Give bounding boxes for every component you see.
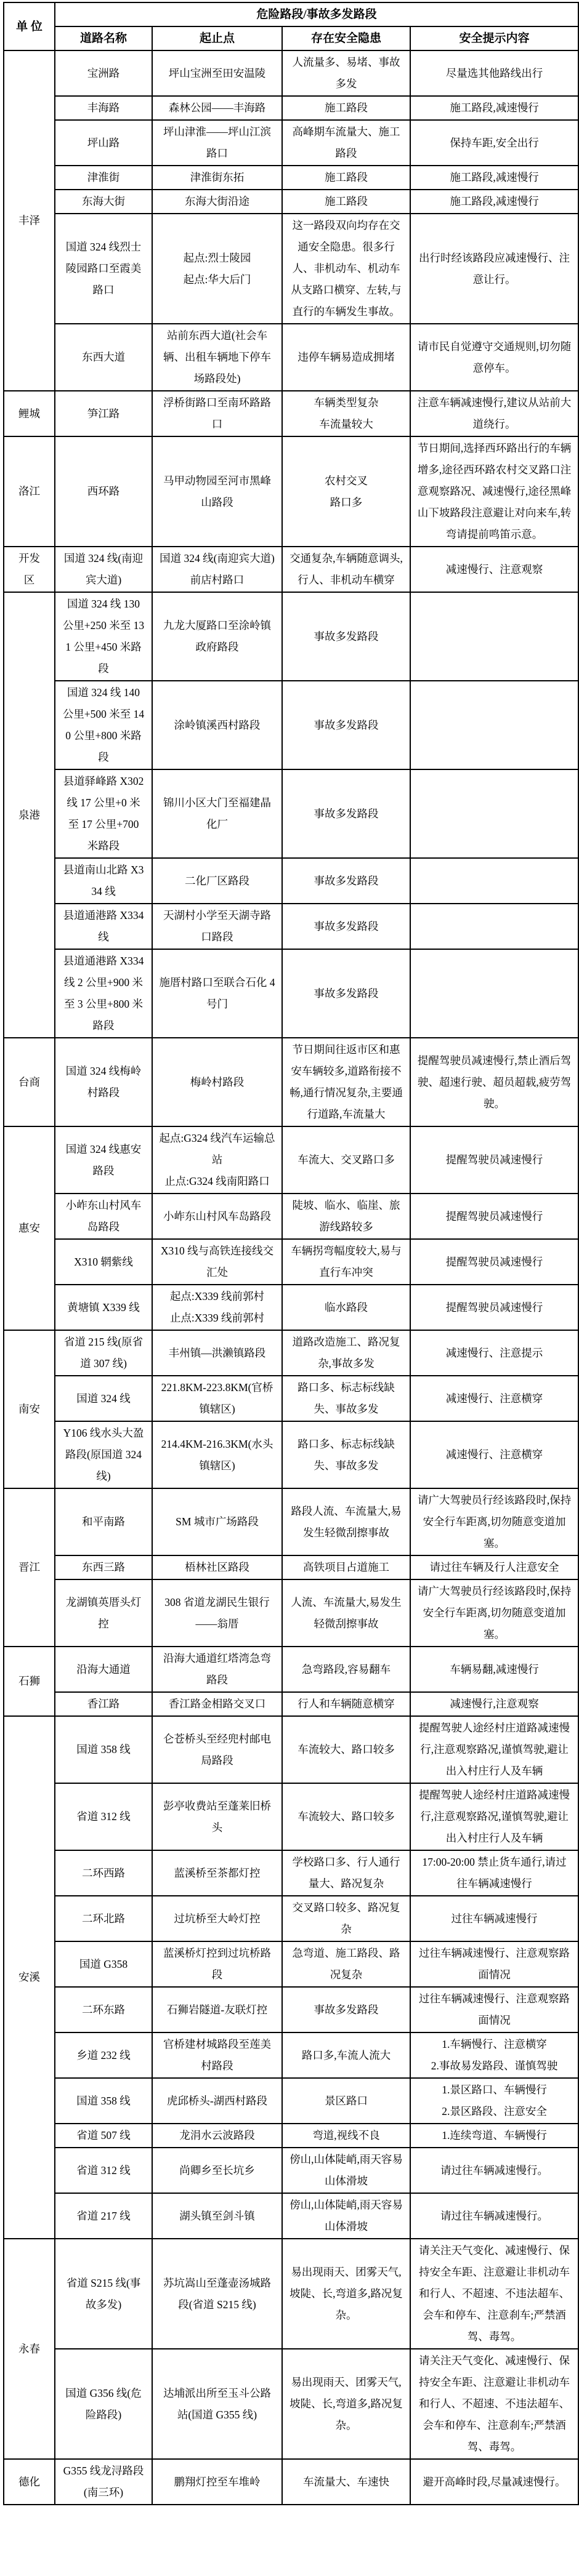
table-row: 石狮沿海大通道沿海大通道红塔湾急弯路段急弯路段,容易翻车车辆易翻,减速慢行 bbox=[4, 1647, 578, 1692]
table-row: 开发区国道 324 线(南迎宾大道)国道 324 线(南迎宾大道)前店村路口交通… bbox=[4, 547, 578, 592]
hazard-cell: 路口多、标志标线缺失、事故多发 bbox=[282, 1376, 410, 1421]
table-row: 安溪国道 358 线仑苍桥头至经兜村邮电局路段车流较大、路口较多提醒驾驶人途经村… bbox=[4, 1716, 578, 1783]
hazard-cell: 路口多,车流人流大 bbox=[282, 2032, 410, 2078]
table-row: 省道 507 线龙涓水云波路段弯道,视线不良1.连续弯道、车辆慢行 bbox=[4, 2124, 578, 2148]
start-end-cell: 蓝溪桥至茶都灯控 bbox=[152, 1850, 282, 1896]
road-name-cell: X310 辋紫线 bbox=[55, 1239, 152, 1285]
safety-tip-cell: 1.连续弯道、车辆慢行 bbox=[410, 2124, 578, 2148]
start-end-cell: 石狮岩隧道-友联灯控 bbox=[152, 1987, 282, 2032]
hazard-cell: 交通复杂,车辆随意调头,行人、非机动车横穿 bbox=[282, 547, 410, 592]
start-end-cell: 仑苍桥头至经兜村邮电局路段 bbox=[152, 1716, 282, 1783]
road-name-cell: 省道 S215 线(事故多发) bbox=[55, 2239, 152, 2349]
hazard-cell: 事故多发路段 bbox=[282, 592, 410, 681]
table-row: 洛江西环路马甲动物园至河市黑峰山路段农村交叉 路口多节日期间,选择西环路出行的车… bbox=[4, 436, 578, 547]
start-end-cell: 官桥建材城路段至莲美村路段 bbox=[152, 2032, 282, 2078]
table-row: 县道驿峰路 X302 线 17 公里+0 米至 17 公里+700 米路段锦川小… bbox=[4, 769, 578, 858]
unit-cell: 丰泽 bbox=[4, 50, 55, 391]
hazard-cell: 高铁项目占道施工 bbox=[282, 1555, 410, 1579]
road-name-cell: 国道 324 线 130 公里+250 米至 131 公里+450 米路段 bbox=[55, 592, 152, 681]
start-end-cell: SM 城市广场路段 bbox=[152, 1488, 282, 1555]
safety-tip-cell: 出行时经该路段应减速慢行、注意让行。 bbox=[410, 214, 578, 324]
table-row: 二环西路蓝溪桥至茶都灯控学校路口多、行人通行量大、路况复杂17:00-20:00… bbox=[4, 1850, 578, 1896]
start-end-cell: X310 线与高铁连接线交汇处 bbox=[152, 1239, 282, 1285]
road-name-cell: 小岞东山村风车岛路段 bbox=[55, 1194, 152, 1239]
hazard-cell: 弯道,视线不良 bbox=[282, 2124, 410, 2148]
road-name-cell: 省道 312 线 bbox=[55, 2148, 152, 2193]
hazard-cell: 车辆拐弯幅度较大,易与直行车冲突 bbox=[282, 1239, 410, 1285]
table-row: 丰海路森林公园——丰海路施工路段施工路段,减速慢行 bbox=[4, 96, 578, 120]
hazard-cell: 高峰期车流量大、施工路段 bbox=[282, 120, 410, 166]
safety-tip-cell: 请广大驾驶员行经该路段时,保持安全行车距离,切勿随意变道加塞。 bbox=[410, 1579, 578, 1647]
safety-tip-cell: 请市民自觉遵守交通规则,切勿随意停车。 bbox=[410, 324, 578, 391]
header-road-name: 道路名称 bbox=[55, 26, 152, 50]
hazard-cell: 事故多发路段 bbox=[282, 769, 410, 858]
start-end-cell: 鹏翔灯控至车堆岭 bbox=[152, 2459, 282, 2505]
road-name-cell: 国道 324 线惠安路段 bbox=[55, 1126, 152, 1194]
table-row: 国道 G358蓝溪桥灯控到过坑桥路段急弯道、施工路段、路况复杂过往车辆减速慢行、… bbox=[4, 1941, 578, 1987]
hazard-cell: 事故多发路段 bbox=[282, 904, 410, 949]
road-name-cell: 二环东路 bbox=[55, 1987, 152, 2032]
start-end-cell: 虎邱桥头-湖西村路段 bbox=[152, 2078, 282, 2124]
start-end-cell: 沿海大通道红塔湾急弯路段 bbox=[152, 1647, 282, 1692]
safety-tip-cell: 过往车辆减速慢行、注意观察路面情况 bbox=[410, 1941, 578, 1987]
safety-tip-cell: 提醒驾驶人途经村庄道路减速慢行,注意观察路况,谨慎驾驶,避让出入村庄行人及车辆 bbox=[410, 1783, 578, 1850]
road-name-cell: 省道 507 线 bbox=[55, 2124, 152, 2148]
start-end-cell: 起点:G324 线汽车运输总站 止点:G324 线南阳路口 bbox=[152, 1126, 282, 1194]
start-end-cell: 坪山津淮——坪山江滨路口 bbox=[152, 120, 282, 166]
safety-tip-cell: 减速慢行、注意观察 bbox=[410, 547, 578, 592]
start-end-cell: 蓝溪桥灯控到过坑桥路段 bbox=[152, 1941, 282, 1987]
safety-tip-cell: 保持车距,安全出行 bbox=[410, 120, 578, 166]
table-row: 德化G355 线龙浔路段(南三环)鹏翔灯控至车堆岭车流量大、车速快避开高峰时段,… bbox=[4, 2459, 578, 2505]
safety-tip-cell: 提醒驾驶员减速慢行 bbox=[410, 1285, 578, 1330]
start-end-cell: 浮桥街路口至南环路路口 bbox=[152, 391, 282, 436]
hazard-cell: 陡坡、临水、临崖、旅游线路较多 bbox=[282, 1194, 410, 1239]
safety-tip-cell: 请关注天气变化、减速慢行、保持安全车距、注意避让非机动车和行人、不超速、不违法超… bbox=[410, 2349, 578, 2459]
safety-tip-cell: 减速慢行、注意提示 bbox=[410, 1330, 578, 1376]
start-end-cell: 龙涓水云波路段 bbox=[152, 2124, 282, 2148]
table-row: 乡道 232 线官桥建材城路段至莲美村路段路口多,车流人流大1.车辆慢行、注意横… bbox=[4, 2032, 578, 2078]
start-end-cell: 香江路金相路交叉口 bbox=[152, 1692, 282, 1716]
hazard-cell: 违停车辆易造成拥堵 bbox=[282, 324, 410, 391]
hazard-cell: 车辆类型复杂 车流量较大 bbox=[282, 391, 410, 436]
road-name-cell: 国道 358 线 bbox=[55, 1716, 152, 1783]
road-name-cell: 国道 324 线梅岭村路段 bbox=[55, 1038, 152, 1126]
start-end-cell: 九龙大厦路口至涂岭镇政府路段 bbox=[152, 592, 282, 681]
hazard-cell: 行人和车辆随意横穿 bbox=[282, 1692, 410, 1716]
table-row: Y106 线水头大盈路段(原国道 324 线)214.4KM-216.3KM(水… bbox=[4, 1421, 578, 1488]
road-name-cell: 省道 217 线 bbox=[55, 2193, 152, 2239]
road-name-cell: 省道 215 线(原省道 307 线) bbox=[55, 1330, 152, 1376]
road-name-cell: 县道通港路 X334 线 bbox=[55, 904, 152, 949]
hazard-cell: 车流较大、路口较多 bbox=[282, 1716, 410, 1783]
table-row: 国道 358 线虎邱桥头-湖西村路段景区路口1.景区路口、车辆慢行 2.景区路段… bbox=[4, 2078, 578, 2124]
safety-tip-cell: 注意车辆减速慢行,建议从站前大道绕行。 bbox=[410, 391, 578, 436]
safety-tip-cell: 减速慢行、注意横穿 bbox=[410, 1376, 578, 1421]
table-row: 台商国道 324 线梅岭村路段梅岭村路段节日期间往返市区和惠安车辆较多,道路衔接… bbox=[4, 1038, 578, 1126]
header-danger-sections: 危险路段/事故多发路段 bbox=[55, 2, 578, 26]
safety-tip-cell: 提醒驾驶人途经村庄道路减速慢行,注意观察路况,谨慎驾驶,避让出入村庄行人及车辆 bbox=[410, 1716, 578, 1783]
start-end-cell: 东海大街沿途 bbox=[152, 190, 282, 214]
table-row: 晋江和平南路SM 城市广场路段路段人流、车流量大,易发生轻微刮擦事故请广大驾驶员… bbox=[4, 1488, 578, 1555]
hazard-cell: 事故多发路段 bbox=[282, 949, 410, 1038]
start-end-cell: 梅岭村路段 bbox=[152, 1038, 282, 1126]
table-row: 国道 324 线烈士陵园路口至霞美路口起点:烈士陵园 起点:华大后门这一路段双向… bbox=[4, 214, 578, 324]
start-end-cell: 起点:烈士陵园 起点:华大后门 bbox=[152, 214, 282, 324]
road-name-cell: 县道驿峰路 X302 线 17 公里+0 米至 17 公里+700 米路段 bbox=[55, 769, 152, 858]
hazard-cell: 施工路段 bbox=[282, 190, 410, 214]
start-end-cell: 马甲动物园至河市黑峰山路段 bbox=[152, 436, 282, 547]
hazard-cell: 傍山,山体陡峭,雨天容易山体滑坡 bbox=[282, 2148, 410, 2193]
table-row: 县道南山北路 X334 线二化厂区路段事故多发路段 bbox=[4, 858, 578, 904]
road-name-cell: 东西大道 bbox=[55, 324, 152, 391]
hazard-cell: 施工路段 bbox=[282, 166, 410, 190]
road-name-cell: 国道 G358 bbox=[55, 1941, 152, 1987]
table-row: 国道 G356 线(危险路段)达埔派出所至玉斗公路站(国道 G355 线)易出现… bbox=[4, 2349, 578, 2459]
header-safety-hazard: 存在安全隐患 bbox=[282, 26, 410, 50]
hazard-cell: 临水路段 bbox=[282, 1285, 410, 1330]
table-row: 国道 324 线221.8KM-223.8KM(官桥镇辖区)路口多、标志标线缺失… bbox=[4, 1376, 578, 1421]
unit-cell: 德化 bbox=[4, 2459, 55, 2505]
hazard-cell: 学校路口多、行人通行量大、路况复杂 bbox=[282, 1850, 410, 1896]
table-row: X310 辋紫线X310 线与高铁连接线交汇处车辆拐弯幅度较大,易与直行车冲突提… bbox=[4, 1239, 578, 1285]
safety-tip-cell: 请关注天气变化、减速慢行、保持安全车距、注意避让非机动车和行人、不超速、不违法超… bbox=[410, 2239, 578, 2349]
hazard-cell: 节日期间往返市区和惠安车辆较多,道路衔接不畅,通行情况复杂,主要通行道路,车流量… bbox=[282, 1038, 410, 1126]
road-name-cell: 宝洲路 bbox=[55, 50, 152, 96]
table-row: 惠安国道 324 线惠安路段起点:G324 线汽车运输总站 止点:G324 线南… bbox=[4, 1126, 578, 1194]
document-page: 单 位 危险路段/事故多发路段 道路名称 起止点 存在安全隐患 安全提示内容 丰… bbox=[0, 0, 579, 2576]
road-name-cell: 丰海路 bbox=[55, 96, 152, 120]
hazard-cell: 急弯路段,容易翻车 bbox=[282, 1647, 410, 1692]
hazard-cell: 路口多、标志标线缺失、事故多发 bbox=[282, 1421, 410, 1488]
road-name-cell: 国道 324 线(南迎宾大道) bbox=[55, 547, 152, 592]
hazard-cell: 车流较大、路口较多 bbox=[282, 1783, 410, 1850]
road-name-cell: 二环北路 bbox=[55, 1896, 152, 1941]
hazard-cell: 路段人流、车流量大,易发生轻微刮擦事故 bbox=[282, 1488, 410, 1555]
unit-cell: 洛江 bbox=[4, 436, 55, 547]
hazard-cell: 人流、车流量大,易发生轻微刮擦事故 bbox=[282, 1579, 410, 1647]
road-name-cell: 国道 358 线 bbox=[55, 2078, 152, 2124]
start-end-cell: 苏坑嵩山至蓬壶汤城路段(省道 S215 线) bbox=[152, 2239, 282, 2349]
header-start-end: 起止点 bbox=[152, 26, 282, 50]
safety-tip-cell bbox=[410, 904, 578, 949]
safety-tip-cell: 施工路段,减速慢行 bbox=[410, 190, 578, 214]
start-end-cell: 尚卿乡至长坑乡 bbox=[152, 2148, 282, 2193]
road-name-cell: 乡道 232 线 bbox=[55, 2032, 152, 2078]
table-row: 津淮街津淮街东拓施工路段施工路段,减速慢行 bbox=[4, 166, 578, 190]
road-name-cell: 和平南路 bbox=[55, 1488, 152, 1555]
road-name-cell: 县道通港路 X334 线 2 公里+900 米至 3 公里+800 米路段 bbox=[55, 949, 152, 1038]
table-row: 东西大道站前东西大道(社会车辆、出租车辆地下停车场路段处)违停车辆易造成拥堵请市… bbox=[4, 324, 578, 391]
safety-tip-cell bbox=[410, 769, 578, 858]
table-row: 永春省道 S215 线(事故多发)苏坑嵩山至蓬壶汤城路段(省道 S215 线)易… bbox=[4, 2239, 578, 2349]
table-row: 龙湖镇英厝头灯控308 省道龙湖民生银行——翁厝人流、车流量大,易发生轻微刮擦事… bbox=[4, 1579, 578, 1647]
road-name-cell: 国道 G356 线(危险路段) bbox=[55, 2349, 152, 2459]
hazard-cell: 急弯道、施工路段、路况复杂 bbox=[282, 1941, 410, 1987]
unit-cell: 鲤城 bbox=[4, 391, 55, 436]
table-row: 县道通港路 X334 线天湖村小学至天湖寺路口路段事故多发路段 bbox=[4, 904, 578, 949]
hazard-cell: 易出现雨天、团雾天气,坡陡、长,弯道多,路况复杂。 bbox=[282, 2349, 410, 2459]
table-row: 国道 324 线 140 公里+500 米至 140 公里+800 米路段涂岭镇… bbox=[4, 681, 578, 769]
unit-cell: 台商 bbox=[4, 1038, 55, 1126]
road-name-cell: 省道 312 线 bbox=[55, 1783, 152, 1850]
dangerous-road-sections-table: 单 位 危险路段/事故多发路段 道路名称 起止点 存在安全隐患 安全提示内容 丰… bbox=[3, 2, 579, 2505]
table-row: 省道 217 线湖头镇至剑斗镇傍山,山体陡峭,雨天容易山体滑坡请过往车辆减速慢行… bbox=[4, 2193, 578, 2239]
start-end-cell: 起点:X339 线前郭村 止点:X339 线前郭村 bbox=[152, 1285, 282, 1330]
road-name-cell: 东西三路 bbox=[55, 1555, 152, 1579]
hazard-cell: 这一路段双向均存在交通安全隐患。很多行人、非机动车、机动车从支路口横穿、左转,与… bbox=[282, 214, 410, 324]
table-body: 丰泽宝洲路坪山宝洲至田安温陵人流量多、易堵、事故多发尽量选其他路线出行丰海路森林… bbox=[4, 50, 578, 2505]
table-row: 东海大街东海大街沿途施工路段施工路段,减速慢行 bbox=[4, 190, 578, 214]
road-name-cell: 沿海大通道 bbox=[55, 1647, 152, 1692]
unit-cell: 南安 bbox=[4, 1330, 55, 1488]
safety-tip-cell: 提醒驾驶员减速慢行,禁止酒后驾驶、超速行驶、超员超载,疲劳驾驶。 bbox=[410, 1038, 578, 1126]
safety-tip-cell: 减速慢行,注意观察 bbox=[410, 1692, 578, 1716]
hazard-cell: 车流量大、车速快 bbox=[282, 2459, 410, 2505]
safety-tip-cell: 避开高峰时段,尽量减速慢行。 bbox=[410, 2459, 578, 2505]
header-row-sub: 道路名称 起止点 存在安全隐患 安全提示内容 bbox=[4, 26, 578, 50]
start-end-cell: 丰州镇—洪濑镇路段 bbox=[152, 1330, 282, 1376]
header-row-main: 单 位 危险路段/事故多发路段 bbox=[4, 2, 578, 26]
road-name-cell: 香江路 bbox=[55, 1692, 152, 1716]
hazard-cell: 交叉路口较多、路况复杂 bbox=[282, 1896, 410, 1941]
start-end-cell: 梧林社区路段 bbox=[152, 1555, 282, 1579]
table-row: 香江路香江路金相路交叉口行人和车辆随意横穿减速慢行,注意观察 bbox=[4, 1692, 578, 1716]
table-row: 省道 312 线尚卿乡至长坑乡傍山,山体陡峭,雨天容易山体滑坡请过往车辆减速慢行… bbox=[4, 2148, 578, 2193]
road-name-cell: 黄塘镇 X339 线 bbox=[55, 1285, 152, 1330]
road-name-cell: 龙湖镇英厝头灯控 bbox=[55, 1579, 152, 1647]
safety-tip-cell bbox=[410, 949, 578, 1038]
start-end-cell: 国道 324 线(南迎宾大道)前店村路口 bbox=[152, 547, 282, 592]
start-end-cell: 站前东西大道(社会车辆、出租车辆地下停车场路段处) bbox=[152, 324, 282, 391]
hazard-cell: 施工路段 bbox=[282, 96, 410, 120]
road-name-cell: 国道 324 线 bbox=[55, 1376, 152, 1421]
road-name-cell: 东海大街 bbox=[55, 190, 152, 214]
safety-tip-cell: 1.景区路口、车辆慢行 2.景区路段、注意安全 bbox=[410, 2078, 578, 2124]
header-unit: 单 位 bbox=[4, 2, 55, 50]
road-name-cell: 国道 324 线烈士陵园路口至霞美路口 bbox=[55, 214, 152, 324]
table-row: 鲤城笋江路浮桥街路口至南环路路口车辆类型复杂 车流量较大注意车辆减速慢行,建议从… bbox=[4, 391, 578, 436]
road-name-cell: G355 线龙浔路段(南三环) bbox=[55, 2459, 152, 2505]
safety-tip-cell: 节日期间,选择西环路出行的车辆增多,途径西环路农村交叉路口注意观察路况、减速慢行… bbox=[410, 436, 578, 547]
road-name-cell: 国道 324 线 140 公里+500 米至 140 公里+800 米路段 bbox=[55, 681, 152, 769]
safety-tip-cell: 请过往车辆及行人注意安全 bbox=[410, 1555, 578, 1579]
road-name-cell: 津淮街 bbox=[55, 166, 152, 190]
table-row: 东西三路梧林社区路段高铁项目占道施工请过往车辆及行人注意安全 bbox=[4, 1555, 578, 1579]
start-end-cell: 涂岭镇溪西村路段 bbox=[152, 681, 282, 769]
table-row: 小岞东山村风车岛路段小岞东山村风车岛路段陡坡、临水、临崖、旅游线路较多提醒驾驶员… bbox=[4, 1194, 578, 1239]
safety-tip-cell: 减速慢行、注意横穿 bbox=[410, 1421, 578, 1488]
safety-tip-cell: 请过往车辆减速慢行。 bbox=[410, 2148, 578, 2193]
start-end-cell: 二化厂区路段 bbox=[152, 858, 282, 904]
safety-tip-cell: 请过往车辆减速慢行。 bbox=[410, 2193, 578, 2239]
safety-tip-cell: 提醒驾驶员减速慢行 bbox=[410, 1239, 578, 1285]
hazard-cell: 事故多发路段 bbox=[282, 681, 410, 769]
start-end-cell: 天湖村小学至天湖寺路口路段 bbox=[152, 904, 282, 949]
unit-cell: 惠安 bbox=[4, 1126, 55, 1330]
hazard-cell: 人流量多、易堵、事故多发 bbox=[282, 50, 410, 96]
table-row: 丰泽宝洲路坪山宝洲至田安温陵人流量多、易堵、事故多发尽量选其他路线出行 bbox=[4, 50, 578, 96]
hazard-cell: 景区路口 bbox=[282, 2078, 410, 2124]
safety-tip-cell: 17:00-20:00 禁止货车通行,请过往车辆减速慢行 bbox=[410, 1850, 578, 1896]
safety-tip-cell bbox=[410, 681, 578, 769]
unit-cell: 石狮 bbox=[4, 1647, 55, 1716]
start-end-cell: 坪山宝洲至田安温陵 bbox=[152, 50, 282, 96]
hazard-cell: 事故多发路段 bbox=[282, 858, 410, 904]
start-end-cell: 达埔派出所至玉斗公路站(国道 G355 线) bbox=[152, 2349, 282, 2459]
road-name-cell: 西环路 bbox=[55, 436, 152, 547]
unit-cell: 开发区 bbox=[4, 547, 55, 592]
safety-tip-cell: 请广大驾驶员行经该路段时,保持安全行车距离,切勿随意变道加塞。 bbox=[410, 1488, 578, 1555]
road-name-cell: 二环西路 bbox=[55, 1850, 152, 1896]
start-end-cell: 津淮街东拓 bbox=[152, 166, 282, 190]
safety-tip-cell: 1.车辆慢行、注意横穿 2.事故易发路段、谨慎驾驶 bbox=[410, 2032, 578, 2078]
start-end-cell: 森林公园——丰海路 bbox=[152, 96, 282, 120]
start-end-cell: 过坑桥至大岭灯控 bbox=[152, 1896, 282, 1941]
hazard-cell: 傍山,山体陡峭,雨天容易山体滑坡 bbox=[282, 2193, 410, 2239]
start-end-cell: 小岞东山村风车岛路段 bbox=[152, 1194, 282, 1239]
safety-tip-cell: 车辆易翻,减速慢行 bbox=[410, 1647, 578, 1692]
start-end-cell: 湖头镇至剑斗镇 bbox=[152, 2193, 282, 2239]
table-row: 南安省道 215 线(原省道 307 线)丰州镇—洪濑镇路段道路改造施工、路况复… bbox=[4, 1330, 578, 1376]
unit-cell: 泉港 bbox=[4, 592, 55, 1038]
hazard-cell: 事故多发路段 bbox=[282, 1987, 410, 2032]
table-row: 县道通港路 X334 线 2 公里+900 米至 3 公里+800 米路段施厝村… bbox=[4, 949, 578, 1038]
hazard-cell: 易出现雨天、团雾天气,坡陡、长,弯道多,路况复杂。 bbox=[282, 2239, 410, 2349]
safety-tip-cell: 施工路段,减速慢行 bbox=[410, 166, 578, 190]
safety-tip-cell: 提醒驾驶员减速慢行 bbox=[410, 1194, 578, 1239]
safety-tip-cell bbox=[410, 592, 578, 681]
table-row: 二环东路石狮岩隧道-友联灯控事故多发路段过往车辆减速慢行、注意观察路面情况 bbox=[4, 1987, 578, 2032]
start-end-cell: 锦川小区大门至福建晶化厂 bbox=[152, 769, 282, 858]
unit-cell: 永春 bbox=[4, 2239, 55, 2459]
table-row: 泉港国道 324 线 130 公里+250 米至 131 公里+450 米路段九… bbox=[4, 592, 578, 681]
header-safety-tip: 安全提示内容 bbox=[410, 26, 578, 50]
table-row: 坪山路坪山津淮——坪山江滨路口高峰期车流量大、施工路段保持车距,安全出行 bbox=[4, 120, 578, 166]
safety-tip-cell: 提醒驾驶员减速慢行 bbox=[410, 1126, 578, 1194]
start-end-cell: 施厝村路口至联合石化 4 号门 bbox=[152, 949, 282, 1038]
start-end-cell: 308 省道龙湖民生银行——翁厝 bbox=[152, 1579, 282, 1647]
hazard-cell: 道路改造施工、路况复杂,事故多发 bbox=[282, 1330, 410, 1376]
table-row: 省道 312 线彭亭收费站至蓬莱旧桥头车流较大、路口较多提醒驾驶人途经村庄道路减… bbox=[4, 1783, 578, 1850]
hazard-cell: 车流大、交叉路口多 bbox=[282, 1126, 410, 1194]
safety-tip-cell bbox=[410, 858, 578, 904]
safety-tip-cell: 过往车辆减速慢行 bbox=[410, 1896, 578, 1941]
safety-tip-cell: 尽量选其他路线出行 bbox=[410, 50, 578, 96]
safety-tip-cell: 过往车辆减速慢行、注意观察路面情况 bbox=[410, 1987, 578, 2032]
safety-tip-cell: 施工路段,减速慢行 bbox=[410, 96, 578, 120]
road-name-cell: 笋江路 bbox=[55, 391, 152, 436]
hazard-cell: 农村交叉 路口多 bbox=[282, 436, 410, 547]
start-end-cell: 彭亭收费站至蓬莱旧桥头 bbox=[152, 1783, 282, 1850]
unit-cell: 安溪 bbox=[4, 1716, 55, 2239]
start-end-cell: 221.8KM-223.8KM(官桥镇辖区) bbox=[152, 1376, 282, 1421]
road-name-cell: 县道南山北路 X334 线 bbox=[55, 858, 152, 904]
road-name-cell: Y106 线水头大盈路段(原国道 324 线) bbox=[55, 1421, 152, 1488]
start-end-cell: 214.4KM-216.3KM(水头镇辖区) bbox=[152, 1421, 282, 1488]
table-row: 二环北路过坑桥至大岭灯控交叉路口较多、路况复杂过往车辆减速慢行 bbox=[4, 1896, 578, 1941]
road-name-cell: 坪山路 bbox=[55, 120, 152, 166]
table-row: 黄塘镇 X339 线起点:X339 线前郭村 止点:X339 线前郭村临水路段提… bbox=[4, 1285, 578, 1330]
unit-cell: 晋江 bbox=[4, 1488, 55, 1647]
